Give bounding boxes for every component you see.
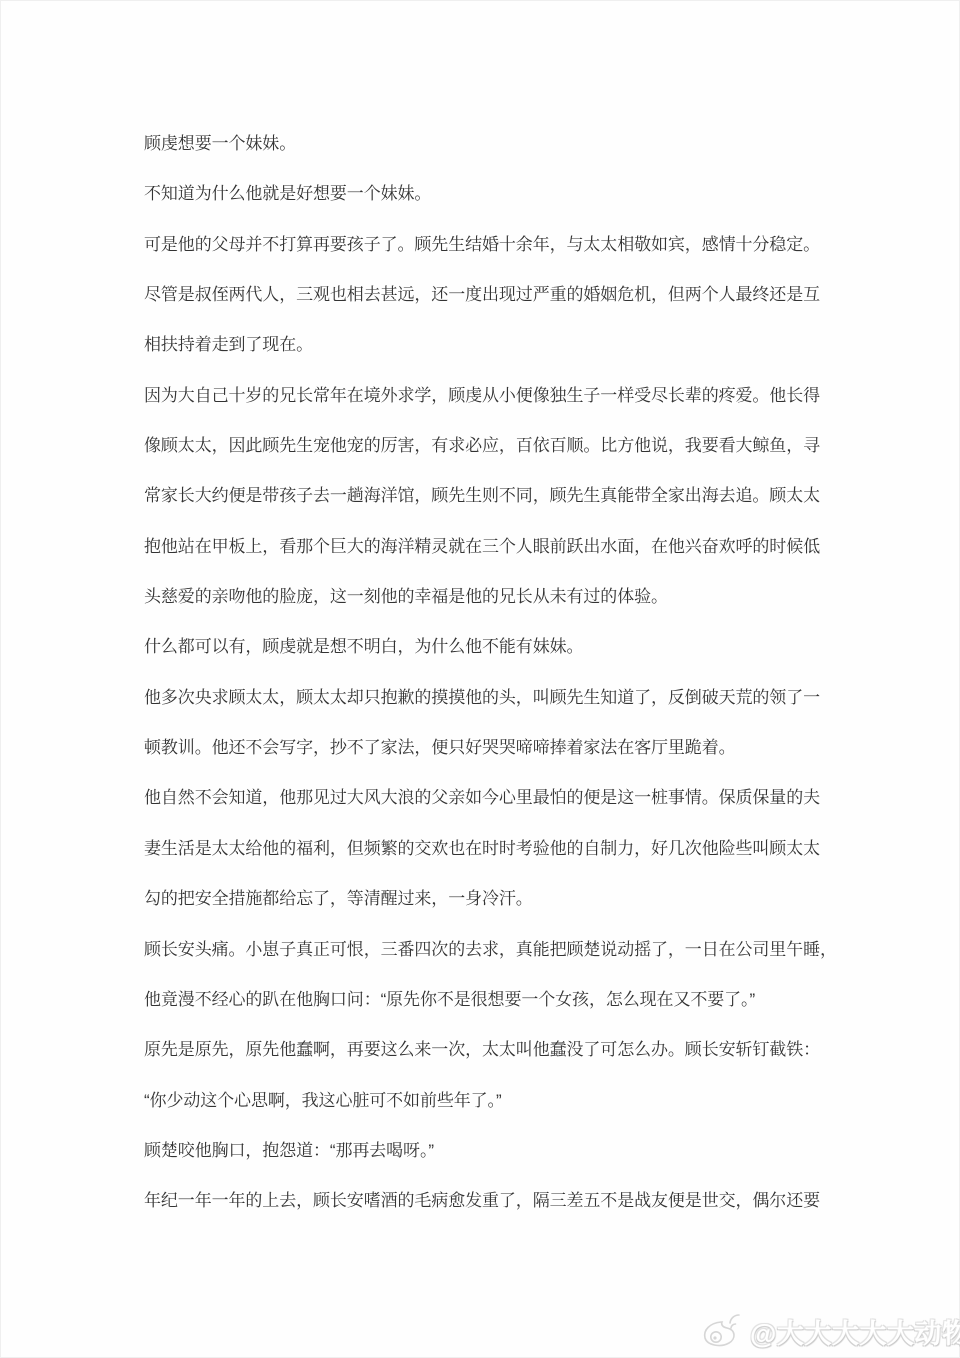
text-line: 勾的把安全措施都给忘了，等清醒过来，一身冷汗。: [144, 874, 844, 924]
text-line: 像顾太太，因此顾先生宠他宠的厉害，有求必应，百依百顺。比方他说，我要看大鲸鱼，寻: [144, 421, 844, 471]
screenshot-page: 顾虔想要一个妹妹。不知道为什么他就是好想要一个妹妹。可是他的父母并不打算再要孩子…: [0, 0, 960, 1358]
text-line: 年纪一年一年的上去，顾长安嗜酒的毛病愈发重了，隔三差五不是战友便是世交，偶尔还要: [144, 1176, 844, 1226]
text-line: 抱他站在甲板上，看那个巨大的海洋精灵就在三个人眼前跃出水面，在他兴奋欢呼的时候低: [144, 522, 844, 572]
text-line: 顾楚咬他胸口，抱怨道：“那再去喝呀。”: [144, 1126, 844, 1176]
text-line: 可是他的父母并不打算再要孩子了。顾先生结婚十余年，与太太相敬如宾，感情十分稳定。: [144, 220, 844, 270]
text-line: 妻生活是太太给他的福利，但频繁的交欢也在时时考验他的自制力，好几次他险些叫顾太太: [144, 824, 844, 874]
text-line: 他多次央求顾太太，顾太太却只抱歉的摸摸他的头，叫顾先生知道了，反倒破天荒的领了一: [144, 673, 844, 723]
weibo-watermark: @大大大大大动物: [701, 1308, 960, 1354]
text-line: 顾虔想要一个妹妹。: [144, 119, 844, 169]
weibo-logo-icon: [701, 1311, 745, 1351]
text-line: 原先是原先，原先他蠢啊，再要这么来一次，太太叫他蠢没了可怎么办。顾长安斩钉截铁：: [144, 1025, 844, 1075]
text-line: 顾长安头痛。小崽子真正可恨，三番四次的去求，真能把顾楚说动摇了，一日在公司里午睡…: [144, 925, 844, 975]
text-line: 顿教训。他还不会写字，抄不了家法，便只好哭哭啼啼捧着家法在客厅里跪着。: [144, 723, 844, 773]
watermark-handle: @大大大大大动物: [750, 1312, 960, 1351]
text-line: “你少动这个心思啊，我这心脏可不如前些年了。”: [144, 1076, 844, 1126]
text-line: 他竟漫不经心的趴在他胸口问：“原先你不是很想要一个女孩，怎么现在又不要了。”: [144, 975, 844, 1025]
text-line: 他自然不会知道，他那见过大风大浪的父亲如今心里最怕的便是这一桩事情。保质保量的夫: [144, 773, 844, 823]
novel-text-block: 顾虔想要一个妹妹。不知道为什么他就是好想要一个妹妹。可是他的父母并不打算再要孩子…: [144, 119, 844, 1227]
text-line: 相扶持着走到了现在。: [144, 320, 844, 370]
text-line: 常家长大约便是带孩子去一趟海洋馆，顾先生则不同，顾先生真能带全家出海去追。顾太太: [144, 471, 844, 521]
text-line: 头慈爱的亲吻他的脸庞，这一刻他的幸福是他的兄长从未有过的体验。: [144, 572, 844, 622]
text-line: 不知道为什么他就是好想要一个妹妹。: [144, 169, 844, 219]
text-line: 什么都可以有，顾虔就是想不明白，为什么他不能有妹妹。: [144, 622, 844, 672]
text-line: 因为大自己十岁的兄长常年在境外求学，顾虔从小便像独生子一样受尽长辈的疼爱。他长得: [144, 371, 844, 421]
text-line: 尽管是叔侄两代人，三观也相去甚远，还一度出现过严重的婚姻危机，但两个人最终还是互: [144, 270, 844, 320]
